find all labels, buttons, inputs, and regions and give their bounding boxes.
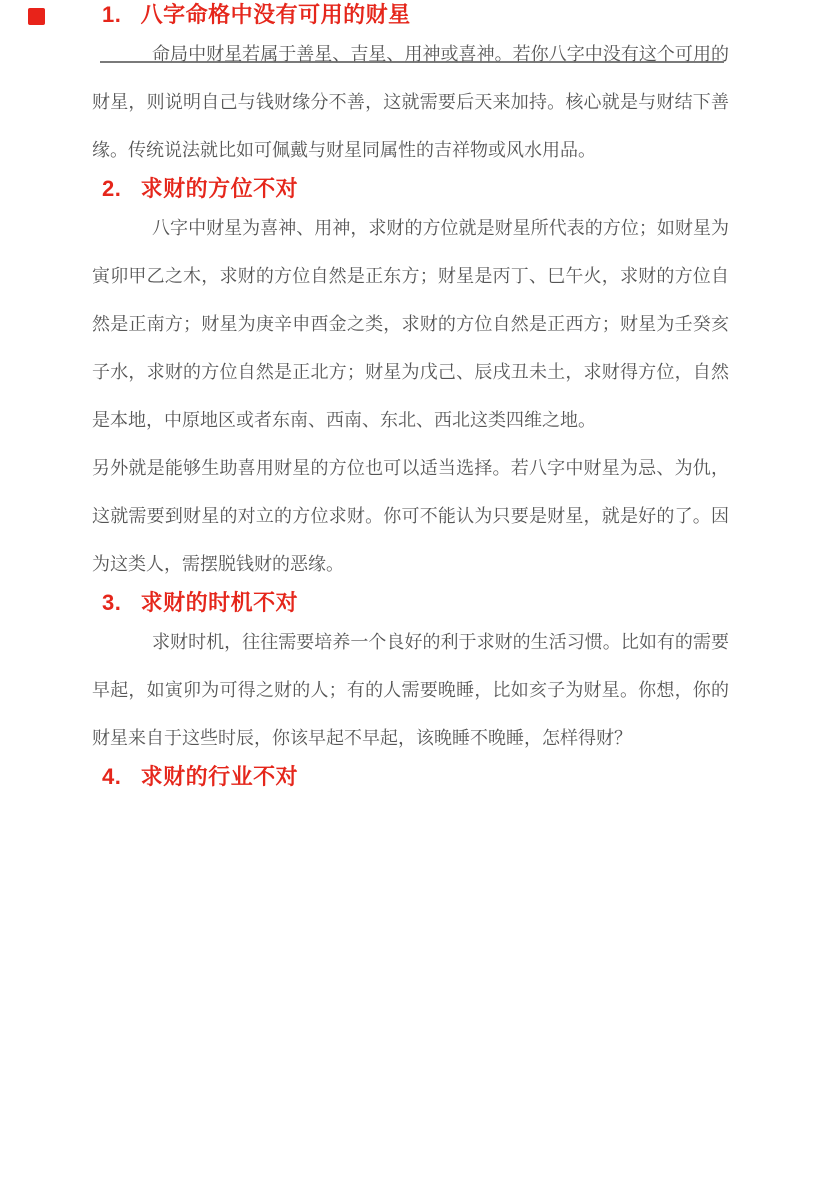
heading-title-3: 求财的时机不对 xyxy=(141,590,299,615)
document-page: 1. 八字命格中没有可用的财星 命局中财星若属于善星、吉星、用神或喜神。若你八字… xyxy=(0,0,837,1187)
paragraph-3-1: 求财时机，往往需要培养一个良好的利于求财的生活习惯。比如有的需要早起，如寅卯为可… xyxy=(92,618,729,762)
heading-number-2: 2. xyxy=(102,174,134,204)
section-heading-3: 3. 求财的时机不对 xyxy=(92,588,729,618)
section-heading-1: 1. 八字命格中没有可用的财星 xyxy=(92,0,729,30)
heading-title-4: 求财的行业不对 xyxy=(141,764,299,789)
paragraph-1-1: 命局中财星若属于善星、吉星、用神或喜神。若你八字中没有这个可用的财星，则说明自己… xyxy=(92,30,729,174)
paragraph-2-2: 另外就是能够生助喜用财星的方位也可以适当选择。若八字中财星为忌、为仇，这就需要到… xyxy=(92,444,729,588)
section-heading-4: 4. 求财的行业不对 xyxy=(92,762,729,792)
document-content: 1. 八字命格中没有可用的财星 命局中财星若属于善星、吉星、用神或喜神。若你八字… xyxy=(0,0,837,792)
paragraph-2-1: 八字中财星为喜神、用神，求财的方位就是财星所代表的方位；如财星为寅卯甲乙之木，求… xyxy=(92,204,729,444)
heading-number-3: 3. xyxy=(102,588,134,618)
section-heading-2: 2. 求财的方位不对 xyxy=(92,174,729,204)
heading-number-1: 1. xyxy=(102,0,134,30)
heading-title-1: 八字命格中没有可用的财星 xyxy=(141,2,411,27)
heading-number-4: 4. xyxy=(102,762,134,792)
heading-title-2: 求财的方位不对 xyxy=(141,176,299,201)
